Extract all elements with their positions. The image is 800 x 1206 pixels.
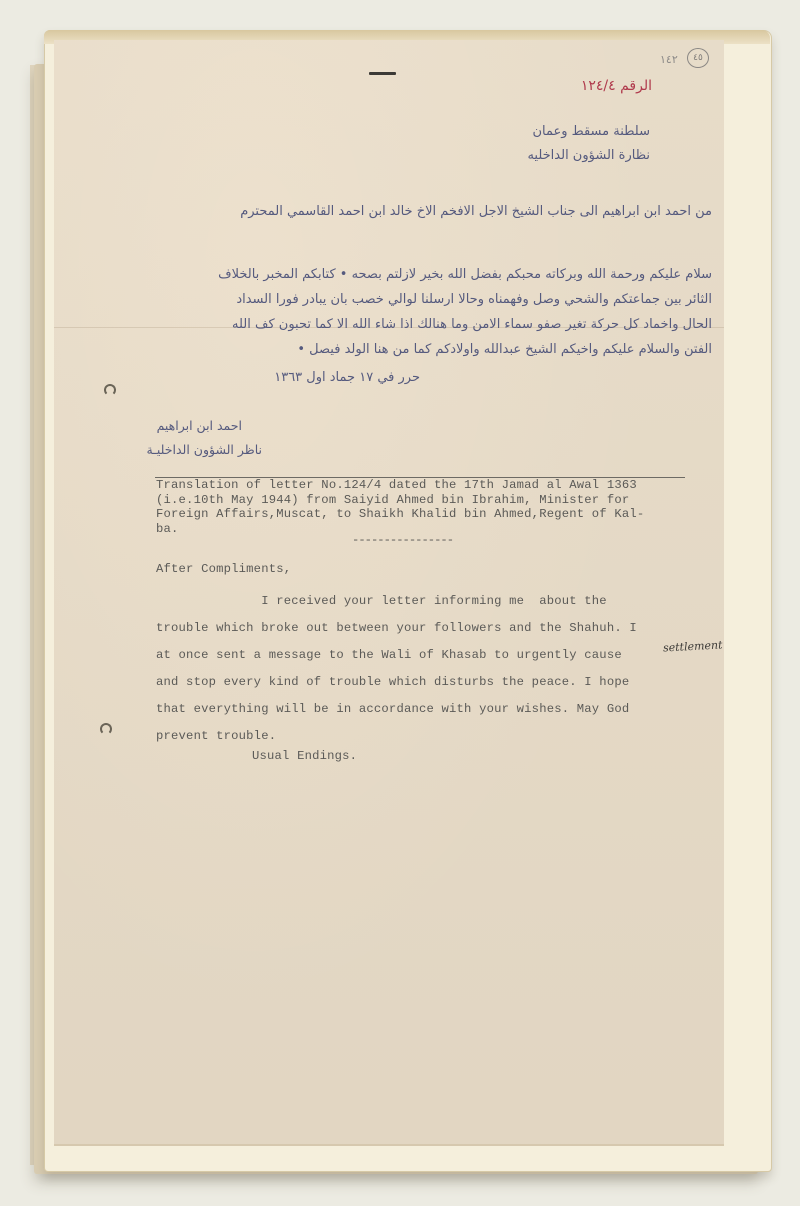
arabic-date-line: حرر في ١٧ جماد اول ١٣٦٣ [274, 370, 420, 385]
translation-separator: ---------------- [352, 533, 453, 547]
heading-line: Foreign Affairs,Muscat, to Shaikh Khalid… [156, 507, 644, 521]
arabic-header-ministry: نظارة الشؤون الداخليه [527, 148, 650, 163]
arabic-reference-number: الرقم ١٢٤/٤ [581, 78, 652, 94]
arabic-signature-name: احمد ابن ابراهيم [157, 418, 242, 433]
arabic-body-line: الحال واخماد كل حركة تغير صفو سماء الامن… [112, 312, 712, 337]
arabic-address-line: من احمد ابن ابراهيم الى جناب الشيخ الاجل… [240, 204, 712, 219]
arabic-header-sultanate: سلطنة مسقط وعمان [532, 124, 650, 139]
translation-closing: Usual Endings. [252, 749, 357, 763]
punch-hole-mark [100, 723, 112, 735]
circled-folio-number: ٤٥ [687, 48, 709, 68]
arabic-body-line: الثائر بين جماعتكم والشحي وصل وفهمناه وح… [112, 287, 712, 312]
heading-line: Translation of letter No.124/4 dated the… [156, 478, 637, 492]
punch-hole-mark [104, 384, 116, 396]
arabic-signature-title: ناظر الشؤون الداخليـة [146, 442, 262, 457]
body-line: prevent trouble. [156, 729, 276, 743]
arabic-body-line: سلام عليكم ورحمة الله وبركاته محبكم بفضل… [112, 262, 712, 287]
heading-line: (i.e.10th May 1944) from Saiyid Ahmed bi… [156, 493, 629, 507]
body-line: and stop every kind of trouble which dis… [156, 675, 629, 689]
translation-heading: Translation of letter No.124/4 dated the… [156, 478, 644, 536]
body-line: I received your letter informing me abou… [156, 594, 607, 608]
arabic-body-line: الفتن والسلام عليكم واخيكم الشيخ عبدالله… [112, 337, 712, 362]
translation-salutation: After Compliments, [156, 562, 291, 576]
body-line: at once sent a message to the Wali of Kh… [156, 648, 622, 662]
body-line: that everything will be in accordance wi… [156, 702, 629, 716]
folio-number: ١٤٢ [660, 53, 678, 66]
heading-line: ba. [156, 522, 179, 536]
top-dash-mark [369, 72, 396, 75]
arabic-letter-body: سلام عليكم ورحمة الله وبركاته محبكم بفضل… [112, 262, 712, 362]
body-line: trouble which broke out between your fol… [156, 621, 637, 635]
translation-body: I received your letter informing me abou… [156, 588, 637, 750]
